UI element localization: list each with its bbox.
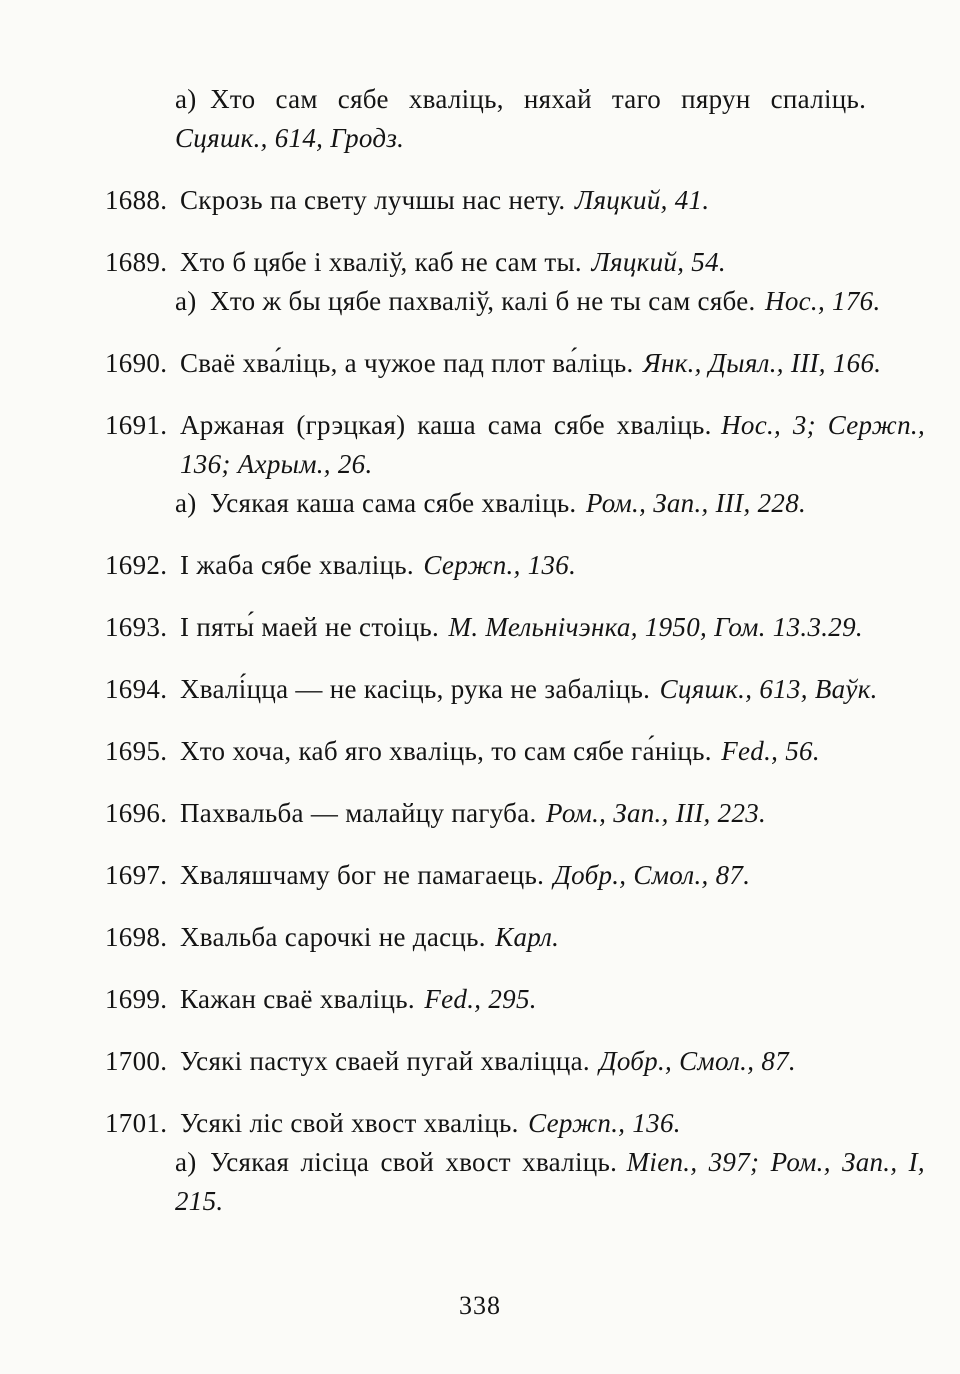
entry-number: 1689.: [105, 243, 180, 282]
proverb-entry: 1698.Хвальба сарочкі не дасць.Карл.: [105, 918, 925, 957]
proverb-entry: 1691.Аржаная (грэцкая) каша сама сябе хв…: [105, 406, 925, 484]
entry-number: 1691.: [105, 406, 180, 445]
proverb-subentry: а)Усякая лісіца свой хвост хваліць.Mien.…: [175, 1143, 925, 1221]
proverb-entry: 1693.І пяты́ маей не стоіць.М. Мельнічэн…: [105, 608, 925, 647]
source-citation: Карл.: [495, 922, 559, 952]
page-number: 338: [459, 1291, 501, 1320]
source-citation: Fed., 56.: [721, 736, 820, 766]
source-citation: Ром., Зап., III, 223.: [546, 798, 766, 828]
source-citation: М. Мельнічэнка, 1950, Гом. 13.3.29.: [449, 612, 863, 642]
entry-number: 1700.: [105, 1042, 180, 1081]
source-citation: Ром., Зап., III, 228.: [586, 488, 806, 518]
proverb-entry: 1699.Кажан сваё хваліць.Fed., 295.: [105, 980, 925, 1019]
proverb-text: Хто хоча, каб яго хваліць, то сам сябе г…: [180, 736, 712, 766]
proverb-text: Усякі пастух сваей пугай хваліцца.: [180, 1046, 590, 1076]
proverb-entry: 1701.Усякі ліс свой хвост хваліць.Сержп.…: [105, 1104, 925, 1143]
entry-number: 1692.: [105, 546, 180, 585]
proverb-text: Хто сам сябе хваліць, няхай таго пярун с…: [210, 84, 866, 114]
source-citation: Fed., 295.: [424, 984, 536, 1014]
source-citation: Янк., Дыял., III, 166.: [643, 348, 881, 378]
entry-number: 1694.: [105, 670, 180, 709]
subentry-label: а): [175, 286, 197, 316]
proverb-text: Хваляшчаму бог не памагаець.: [180, 860, 544, 890]
proverb-entry: 1694.Хвалі́цца — не касіць, рука не заба…: [105, 670, 925, 709]
entry-number: 1699.: [105, 980, 180, 1019]
proverb-entry: 1690.Сваё хва́ліць, а чужое пад плот ва́…: [105, 344, 925, 383]
proverb-subentry: а)Хто сам сябе хваліць, няхай таго пярун…: [175, 80, 925, 158]
proverb-text: Хто ж бы цябе пахваліў, калі б не ты сам…: [210, 286, 756, 316]
proverb-entry: 1697.Хваляшчаму бог не памагаець.Добр., …: [105, 856, 925, 895]
entry-number: 1701.: [105, 1104, 180, 1143]
proverb-text: Хвальба сарочкі не дасць.: [180, 922, 486, 952]
proverb-text: Кажан сваё хваліць.: [180, 984, 415, 1014]
proverb-entry: 1696.Пахвальба — малайцу пагуба.Ром., За…: [105, 794, 925, 833]
subentry-label: а): [175, 1147, 197, 1177]
subentry-label: а): [175, 488, 197, 518]
entry-number: 1688.: [105, 181, 180, 220]
entry-number: 1690.: [105, 344, 180, 383]
page-footer: 338: [0, 1291, 960, 1321]
source-citation: Сцяшк., 613, Ваўк.: [660, 674, 878, 704]
proverb-entry: 1688.Скрозь па свету лучшы нас нету.Ляцк…: [105, 181, 925, 220]
proverb-text: Усякая лісіца свой хвост хваліць.: [210, 1147, 617, 1177]
proverb-text: Скрозь па свету лучшы нас нету.: [180, 185, 565, 215]
subentry-label: а): [175, 84, 197, 114]
entry-number: 1698.: [105, 918, 180, 957]
proverb-text: Усякая каша сама сябе хваліць.: [210, 488, 576, 518]
book-page: а)Хто сам сябе хваліць, няхай таго пярун…: [0, 0, 960, 1221]
proverb-text: Усякі ліс свой хвост хваліць.: [180, 1108, 519, 1138]
source-citation: Нос., 176.: [765, 286, 880, 316]
proverb-text: Сваё хва́ліць, а чужое пад плот ва́ліць.: [180, 348, 634, 378]
proverb-text: Хвалі́цца — не касіць, рука не забаліць.: [180, 674, 650, 704]
source-citation: Сержп., 136.: [528, 1108, 681, 1138]
entry-number: 1695.: [105, 732, 180, 771]
proverb-text: І жаба сябе хваліць.: [180, 550, 414, 580]
source-citation: Сцяшк., 614, Гродз.: [175, 123, 404, 153]
proverb-text: Хто б цябе і хваліў, каб не сам ты.: [180, 247, 582, 277]
proverb-entry: 1692.І жаба сябе хваліць.Сержп., 136.: [105, 546, 925, 585]
source-citation: Ляцкий, 54.: [591, 247, 726, 277]
source-citation: Сержп., 136.: [423, 550, 576, 580]
entry-number: 1697.: [105, 856, 180, 895]
source-citation: Добр., Смол., 87.: [599, 1046, 796, 1076]
source-citation: Ляцкий, 41.: [575, 185, 710, 215]
proverb-entry: 1689.Хто б цябе і хваліў, каб не сам ты.…: [105, 243, 925, 282]
proverb-entry: 1700.Усякі пастух сваей пугай хваліцца.Д…: [105, 1042, 925, 1081]
proverb-text: Аржаная (грэцкая) каша сама сябе хваліць…: [180, 410, 712, 440]
proverb-text: Пахвальба — малайцу пагуба.: [180, 798, 537, 828]
source-citation: Добр., Смол., 87.: [554, 860, 751, 890]
proverb-subentry: а)Усякая каша сама сябе хваліць.Ром., За…: [175, 484, 925, 523]
proverb-subentry: а)Хто ж бы цябе пахваліў, калі б не ты с…: [175, 282, 925, 321]
entry-number: 1693.: [105, 608, 180, 647]
proverb-entry: 1695.Хто хоча, каб яго хваліць, то сам с…: [105, 732, 925, 771]
entry-number: 1696.: [105, 794, 180, 833]
proverb-text: І пяты́ маей не стоіць.: [180, 612, 439, 642]
